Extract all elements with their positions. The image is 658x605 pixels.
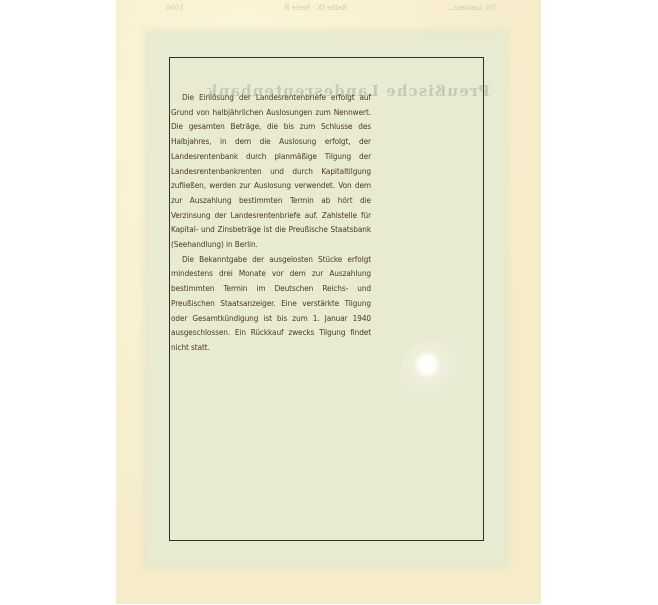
terms-text: Die Einlösung der Landesrentenbriefe erf…: [171, 90, 371, 355]
embossed-seal: [399, 340, 469, 410]
certificate-paper: 5% Landesr... Reihe IX - Serie B 1000 Pr…: [116, 0, 541, 604]
bleed-header-left: 5% Landesr...: [448, 4, 496, 12]
bleed-header-right: 1000: [166, 4, 184, 12]
terms-paragraph-1: Die Einlösung der Landesrentenbriefe erf…: [171, 90, 371, 252]
terms-paragraph-2: Die Bekanntgabe der ausgelosten Stücke e…: [171, 252, 371, 355]
bleed-through-header: 5% Landesr... Reihe IX - Serie B 1000: [166, 4, 496, 12]
bleed-header-center: Reihe IX - Serie B: [284, 4, 347, 12]
